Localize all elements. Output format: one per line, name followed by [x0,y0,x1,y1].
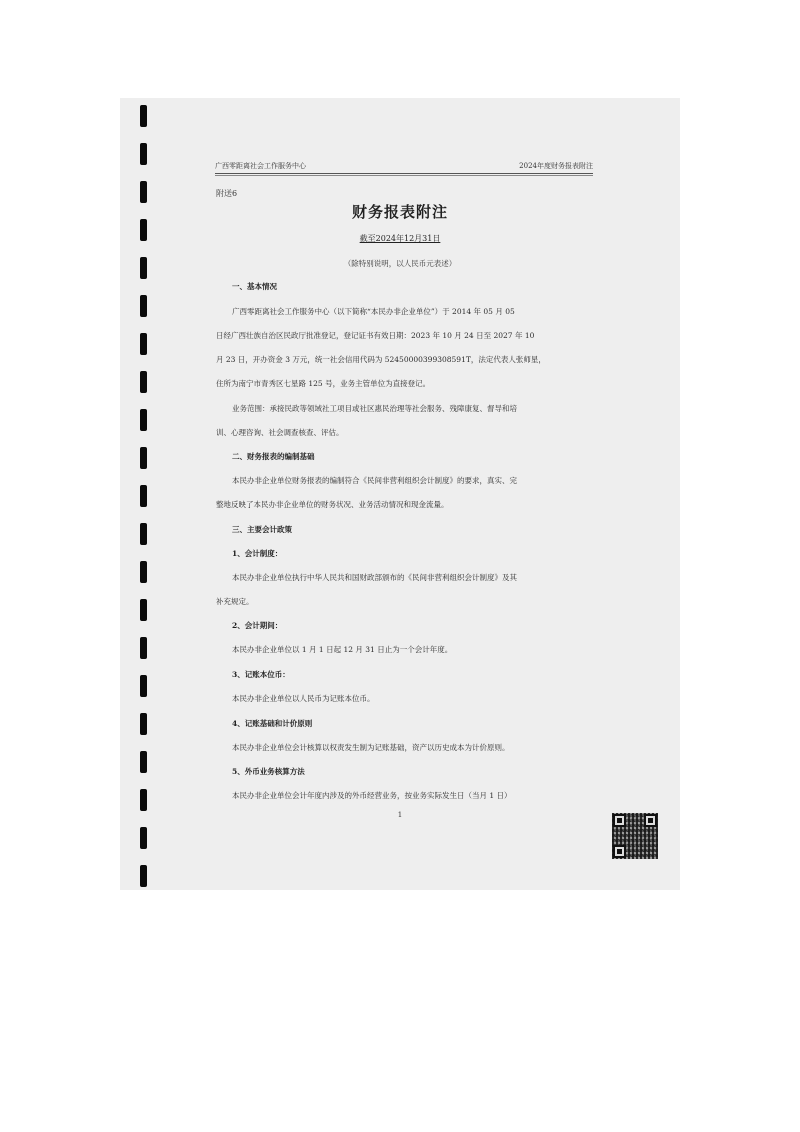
qr-code-icon [612,813,658,859]
paragraph-line: 补充规定。 [216,598,594,606]
paragraph-line: 本民办非企业单位以 1 月 1 日起 12 月 31 日止为一个会计年度。 [232,646,594,654]
subsection-heading: 3、记账本位币： [232,671,594,679]
qr-finder-pattern [613,814,626,827]
paragraph-line: 月 23 日，开办资金 3 万元，统一社会信用代码为 5245000039930… [216,356,594,364]
header-organization: 广西零距离社会工作服务中心 [215,161,306,171]
document-date: 截至2024年12月31日 [0,233,800,244]
subsection-heading: 5、外币业务核算方法 [232,768,594,776]
subsection-heading: 4、记账基础和计价原则 [232,720,594,728]
paragraph-line: 本民办非企业单位执行中华人民共和国财政部颁布的《民间非营利组织会计制度》及其 [232,574,594,582]
binding-mark [140,371,147,393]
attachment-label: 附送6 [216,188,237,199]
paragraph-line: 训、心理咨询、社会调查核查、评估。 [216,429,594,437]
binding-mark [140,105,147,127]
binding-mark [140,181,147,203]
paragraph-line: 广西零距离社会工作服务中心（以下简称“本民办非企业单位”）于 2014 年 05… [232,308,594,316]
header-report-name: 2024年度财务报表附注 [519,161,593,171]
section-heading-basic-info: 一、基本情况 [232,283,594,291]
binding-mark [140,295,147,317]
binding-mark [140,789,147,811]
header-rule [215,175,593,176]
document-title: 财务报表附注 [0,201,800,222]
binding-mark [140,523,147,545]
binding-mark [140,865,147,887]
section-heading-prep-basis: 二、财务报表的编制基础 [232,453,594,461]
binding-mark [140,751,147,773]
binding-mark [140,447,147,469]
binding-mark [140,637,147,659]
paragraph-line: 日经广西壮族自治区民政厅批准登记，登记证书有效日期：2023 年 10 月 24… [216,332,594,340]
binding-mark [140,143,147,165]
binding-hole-marks [140,105,148,885]
paragraph-line: 业务范围：承接民政等领域社工项目或社区惠民治理等社会服务、残障康复、督导和培 [232,405,594,413]
running-header: 广西零距离社会工作服务中心 2024年度财务报表附注 [215,159,593,174]
subsection-heading: 2、会计期间： [232,622,594,630]
paragraph-line: 住所为南宁市青秀区七星路 125 号，业务主管单位为直接登记。 [216,380,594,388]
section-heading-accounting-policies: 三、主要会计政策 [232,526,594,534]
binding-mark [140,333,147,355]
binding-mark [140,409,147,431]
page-number: 1 [0,811,800,819]
binding-mark [140,827,147,849]
paragraph-line: 本民办非企业单位会计年度内涉及的外币经营业务，按业务实际发生日（当月 1 日） [232,792,594,800]
binding-mark [140,713,147,735]
currency-note: （除特别说明，以人民币元表述） [0,258,800,269]
paragraph-line: 本民办非企业单位以人民币为记账本位币。 [232,695,594,703]
paragraph-line: 整地反映了本民办非企业单位的财务状况、业务活动情况和现金流量。 [216,501,594,509]
qr-finder-pattern [644,814,657,827]
binding-mark [140,485,147,507]
binding-mark [140,561,147,583]
subsection-heading: 1、会计制度： [232,550,594,558]
qr-finder-pattern [613,845,626,858]
binding-mark [140,675,147,697]
binding-mark [140,599,147,621]
paragraph-line: 本民办非企业单位财务报表的编制符合《民间非营利组织会计制度》的要求，真实、完 [232,477,594,485]
paragraph-line: 本民办非企业单位会计核算以权责发生制为记账基础，资产以历史成本为计价原则。 [232,744,594,752]
